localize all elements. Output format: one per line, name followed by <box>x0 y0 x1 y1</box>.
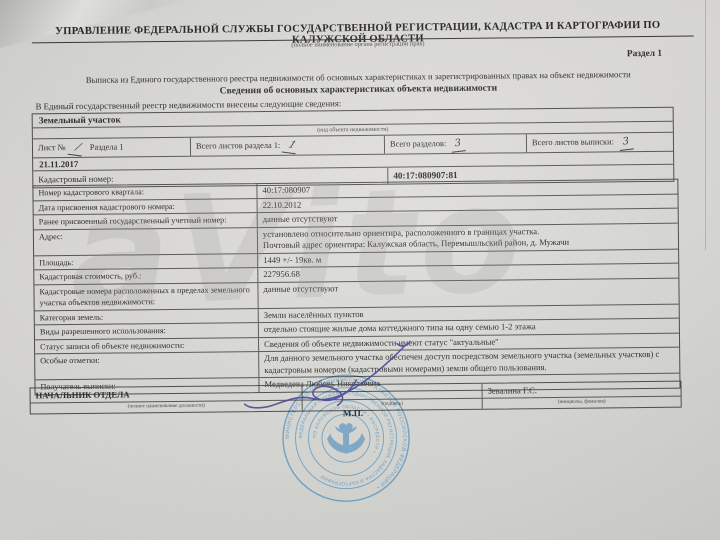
row-label: Ранее присвоенный государственный учетны… <box>34 213 258 229</box>
sheets-in-section-cell: Всего листов раздела 1: 1 <box>191 136 385 156</box>
total-sections-cell: Всего разделов: 3 <box>385 134 527 153</box>
official-name: Зевалина Г.С. <box>482 382 680 398</box>
row-label: Площадь: <box>34 254 258 270</box>
egrn-extract-page: УПРАВЛЕНИЕ ФЕДЕРАЛЬНОЙ СЛУЖБЫ ГОСУДАРСТВ… <box>0 0 720 540</box>
document-photo: УПРАВЛЕНИЕ ФЕДЕРАЛЬНОЙ СЛУЖБЫ ГОСУДАРСТВ… <box>0 0 720 540</box>
total-sheets-cell: Всего листов выписки: 3 <box>527 133 673 153</box>
row-value: установлено относительно ориентира, расп… <box>258 223 678 252</box>
sheets-in-section-label: Всего листов раздела 1: <box>196 141 280 151</box>
row-label: Номер кадастрового квартала: <box>33 184 257 200</box>
ink-signature <box>226 334 427 421</box>
row-label: Кадастровые номера расположенных в преде… <box>34 283 258 310</box>
handwritten-total-sections: 3 <box>451 135 467 153</box>
section-label: Раздел 1 <box>627 49 662 59</box>
row-label: Адрес: <box>34 228 258 255</box>
object-header-table: Земельный участок (вид объекта недвижимо… <box>32 107 675 189</box>
row-value: данные отсутствуют <box>258 278 678 307</box>
row-label: Кадастровая стоимость, руб.: <box>34 268 258 284</box>
handwritten-sheets-in-section: 1 <box>282 137 303 154</box>
extract-intro-line: В Единый государственный реестр недвижим… <box>35 98 341 111</box>
total-sheets-label: Всего листов выписки: <box>532 137 614 147</box>
row-label: Дата присвоения кадастрового номера: <box>34 199 258 215</box>
total-sections-label: Всего разделов: <box>390 139 446 149</box>
sheet-label: Лист № <box>38 143 66 152</box>
sheet-number-cell: Лист № / Раздела 1 <box>33 138 191 158</box>
name-caption: (инициалы, фамилия) <box>483 397 681 409</box>
handwritten-sheet-no: / <box>67 139 88 156</box>
sheet-suffix: Раздела 1 <box>90 142 124 151</box>
double-headed-eagle-emblem <box>327 423 365 454</box>
row-label: Категория земель: <box>35 309 259 325</box>
handwritten-total-sheets: 3 <box>618 133 634 151</box>
